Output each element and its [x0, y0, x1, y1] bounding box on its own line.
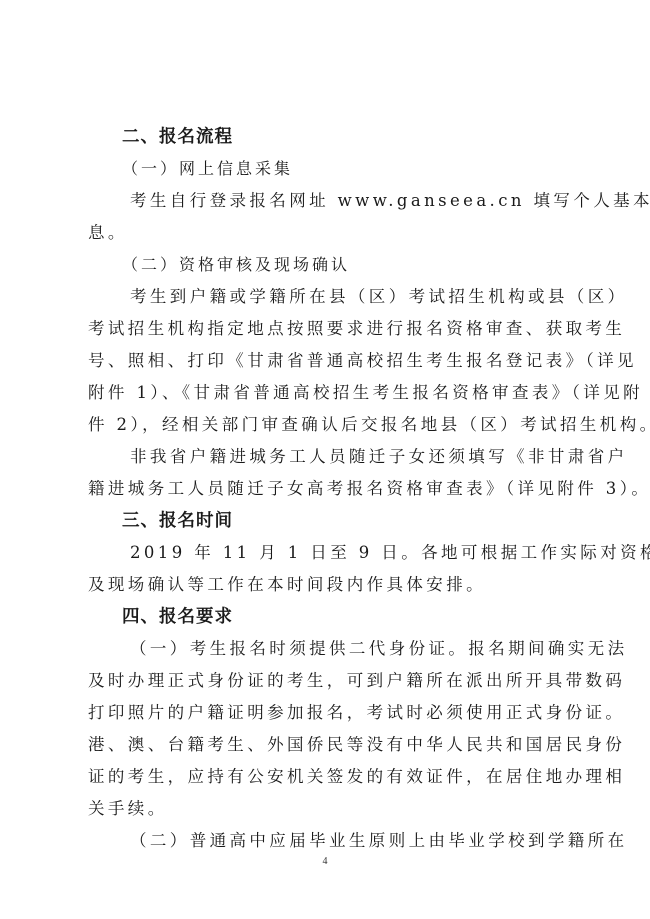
document-page: 二、报名流程 （一）网上信息采集 考生自行登录报名网址 www.ganseea.… [0, 0, 650, 919]
subheading-online-info-collection: （一）网上信息采集 [122, 153, 598, 185]
paragraph-line: 息。 [88, 217, 564, 249]
paragraph-line: 号、照相、打印《甘肃省普通高校招生考生报名登记表》（详见 [88, 345, 564, 377]
paragraph-line: 考试招生机构指定地点按照要求进行报名资格审查、获取考生 [88, 313, 564, 345]
paragraph-line: 2019 年 11 月 1 日至 9 日。各地可根据工作实际对资格审核 [130, 537, 564, 569]
paragraph-line: 及现场确认等工作在本时间段内作具体安排。 [88, 569, 564, 601]
paragraph-line: 及时办理正式身份证的考生，可到户籍所在派出所开具带数码 [88, 665, 564, 697]
page-number: 4 [318, 856, 332, 867]
paragraph-line: 件 2），经相关部门审查确认后交报名地县（区）考试招生机构。 [88, 409, 564, 441]
paragraph-line: 打印照片的户籍证明参加报名，考试时必须使用正式身份证。 [88, 697, 564, 729]
paragraph-line: 籍进城务工人员随迁子女高考报名资格审查表》（详见附件 3）。 [88, 473, 564, 505]
paragraph-line: （一）考生报名时须提供二代身份证。报名期间确实无法 [130, 633, 564, 665]
section-heading-registration-process: 二、报名流程 [122, 121, 598, 153]
paragraph-line: 考生到户籍或学籍所在县（区）考试招生机构或县（区） [130, 281, 564, 313]
section-heading-registration-requirements: 四、报名要求 [122, 601, 598, 633]
paragraph-line: 考生自行登录报名网址 www.ganseea.cn 填写个人基本信 [130, 185, 564, 217]
paragraph-line: 非我省户籍进城务工人员随迁子女还须填写《非甘肃省户 [130, 441, 564, 473]
paragraph-line: 港、澳、台籍考生、外国侨民等没有中华人民共和国居民身份 [88, 729, 564, 761]
paragraph-line: 关手续。 [88, 793, 564, 825]
paragraph-line: 证的考生，应持有公安机关签发的有效证件，在居住地办理相 [88, 761, 564, 793]
section-heading-registration-time: 三、报名时间 [122, 505, 598, 537]
subheading-qualification-review: （二）资格审核及现场确认 [122, 249, 598, 281]
paragraph-line: 附件 1）、《甘肃省普通高校招生考生报名资格审查表》（详见附 [88, 377, 564, 409]
paragraph-line: （二）普通高中应届毕业生原则上由毕业学校到学籍所在 [130, 825, 564, 857]
